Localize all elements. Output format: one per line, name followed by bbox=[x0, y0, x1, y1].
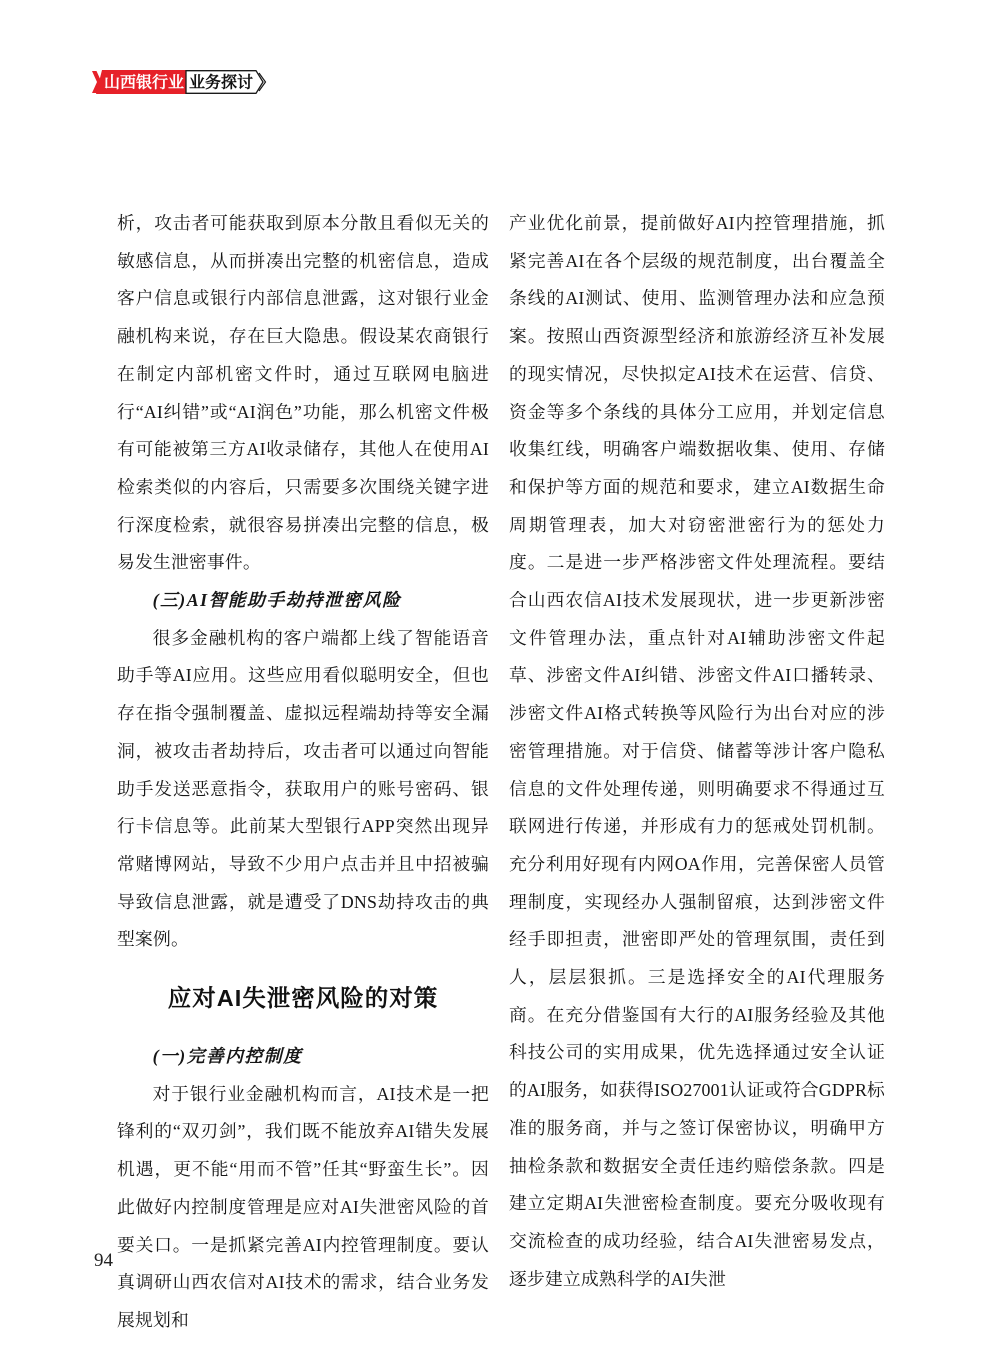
right-column: 产业优化前景，提前做好AI内控管理措施，抓紧完善AI在各个层级的规范制度，出台覆… bbox=[509, 205, 885, 1340]
section-badge-graphic: 山西银行业 业务探讨 bbox=[92, 70, 272, 94]
paragraph: 产业优化前景，提前做好AI内控管理措施，抓紧完善AI在各个层级的规范制度，出台覆… bbox=[509, 205, 885, 1298]
journal-section-badge: 山西银行业 业务探讨 bbox=[92, 70, 272, 94]
subsection-heading: (三)AI智能助手劫持泄密风险 bbox=[117, 582, 489, 620]
left-column: 析，攻击者可能获取到原本分散且看似无关的敏感信息，从而拼凑出完整的机密信息，造成… bbox=[117, 205, 489, 1340]
paragraph: 析，攻击者可能获取到原本分散且看似无关的敏感信息，从而拼凑出完整的机密信息，造成… bbox=[117, 205, 489, 582]
subsection-heading: (一)完善内控制度 bbox=[117, 1038, 489, 1076]
section-title: 应对AI失泄密风险的对策 bbox=[117, 979, 489, 1017]
magazine-page: { "colors": { "accent_red": "#e62129", "… bbox=[0, 0, 992, 1346]
paragraph: 很多金融机构的客户端都上线了智能语音助手等AI应用。这些应用看似聪明安全，但也存… bbox=[117, 620, 489, 959]
badge-secondary-label: 业务探讨 bbox=[189, 73, 253, 92]
paragraph: 对于银行业金融机构而言，AI技术是一把锋利的“双刃剑”，我们既不能放弃AI错失发… bbox=[117, 1076, 489, 1340]
article-body: 析，攻击者可能获取到原本分散且看似无关的敏感信息，从而拼凑出完整的机密信息，造成… bbox=[117, 205, 885, 1340]
page-number: 94 bbox=[94, 1250, 113, 1272]
badge-primary-label: 山西银行业 bbox=[104, 73, 184, 92]
